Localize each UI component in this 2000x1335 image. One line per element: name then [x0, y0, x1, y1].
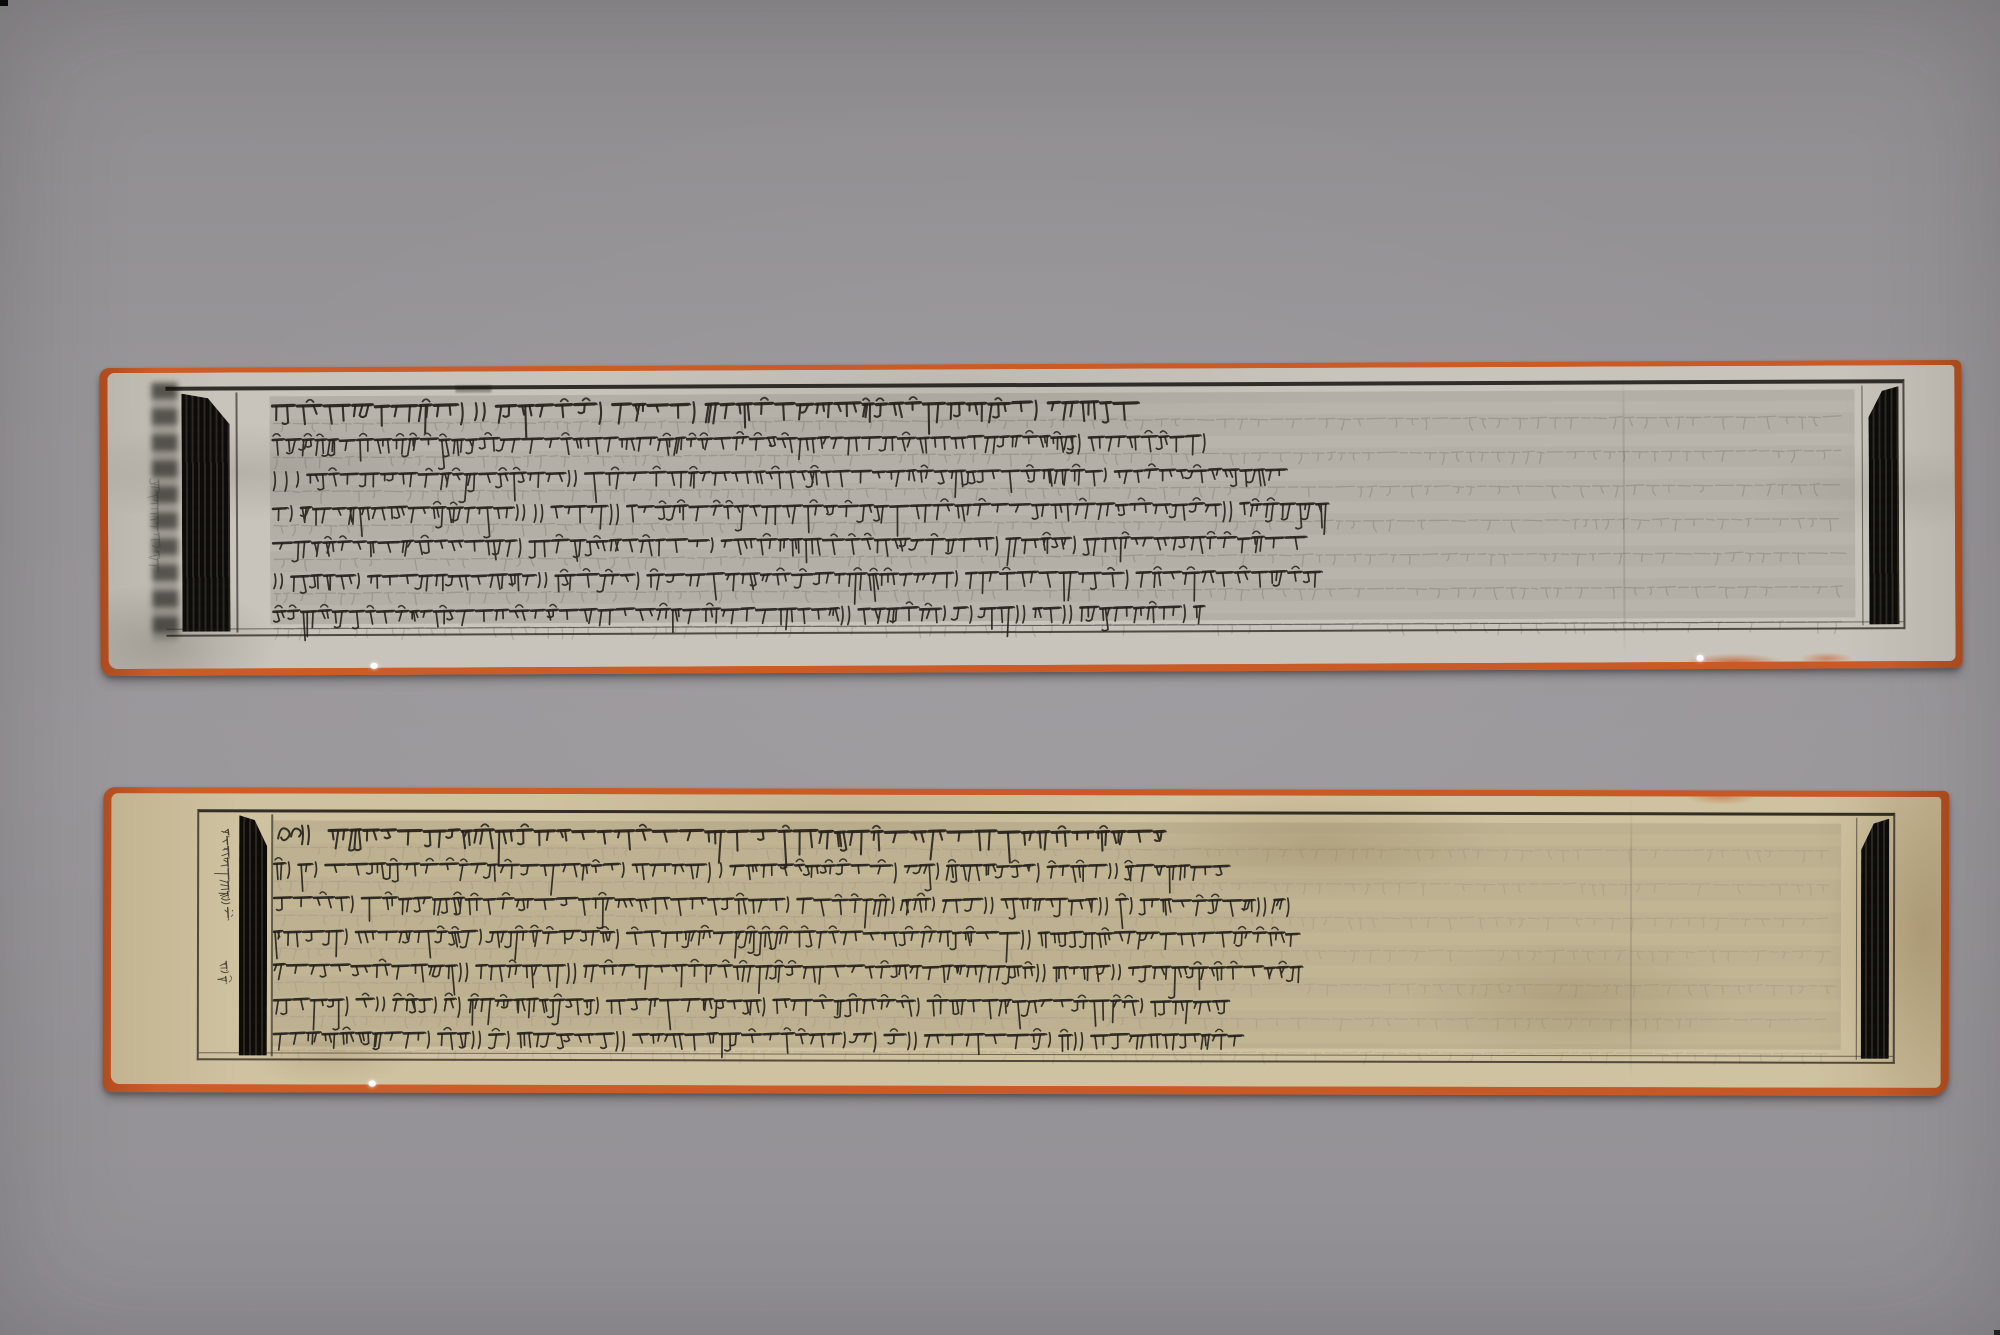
folio-lower-right-endbar-rule — [1855, 818, 1857, 1060]
photograph-background: Two loose folios of a Tibetan pothi (pec… — [0, 0, 2000, 1335]
folio-upper — [99, 360, 1962, 676]
text-line — [271, 922, 1841, 959]
mica-glint — [371, 663, 378, 669]
folio-upper-right-endbar — [1868, 386, 1899, 624]
ink-blob — [455, 385, 491, 392]
folio-lower-frame — [197, 809, 1896, 1064]
folio-upper-textblock — [269, 389, 1855, 624]
folio-upper-paper — [107, 365, 1955, 669]
folio-upper-right-endbar-rule — [1861, 385, 1864, 625]
text-line — [271, 989, 1841, 1026]
mica-glint — [369, 1081, 376, 1087]
text-line — [270, 594, 1855, 635]
folio-lower-margin-caption-2 — [213, 958, 232, 1016]
text-line — [271, 854, 1841, 891]
text-line — [271, 888, 1841, 925]
folio-upper-frame — [165, 379, 1905, 637]
folio-lower — [103, 787, 1950, 1096]
corner-artifact-bottom-right — [1994, 1330, 2000, 1335]
corner-artifact-top-left — [0, 0, 8, 6]
folio-upper-left-endbar — [181, 393, 230, 631]
folio-lower-textblock — [271, 820, 1841, 1049]
folio-lower-right-endbar — [1861, 819, 1890, 1059]
mica-glint — [1697, 655, 1704, 661]
text-line — [271, 956, 1841, 993]
folio-upper-left-endbar-rule — [235, 392, 238, 632]
folio-lower-paper — [111, 793, 1942, 1088]
folio-lower-left-endbar — [239, 815, 268, 1055]
text-line — [271, 820, 1841, 857]
folio-upper-margin-caption — [144, 477, 165, 605]
text-line — [271, 1023, 1841, 1060]
folio-lower-margin-caption-1 — [214, 826, 233, 928]
